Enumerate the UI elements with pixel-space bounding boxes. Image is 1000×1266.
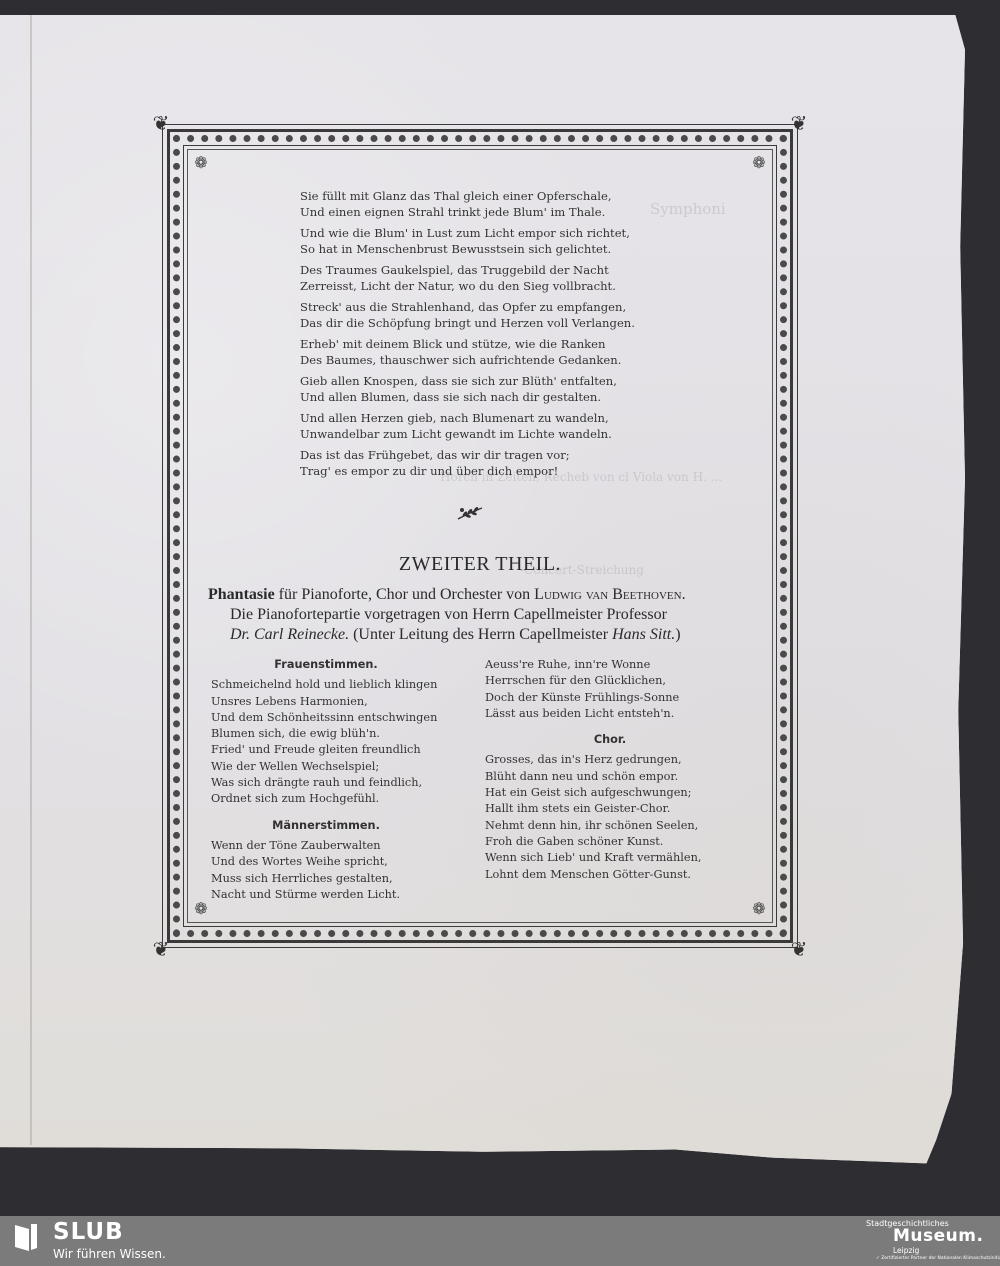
slub-book-icon	[13, 1222, 39, 1252]
punctuation: )	[675, 626, 680, 643]
corner-flourish-icon: ❦	[150, 938, 172, 960]
punctuation: .	[682, 586, 686, 603]
lyric-line: Wenn sich Lieb' und Kraft vermählen,	[485, 850, 735, 866]
poem-line: Des Baumes, thauschwer sich aufrichtende…	[300, 352, 680, 368]
composer-name: Ludwig van Beethoven	[534, 586, 681, 603]
poem-stanza: Und wie die Blum' in Lust zum Licht empo…	[300, 225, 680, 257]
poem-line: Erheb' mit deinem Blick und stütze, wie …	[300, 336, 680, 352]
poem-stanza: Gieb allen Knospen, dass sie sich zur Bl…	[300, 373, 680, 405]
poem-line: Das dir die Schöpfung bringt und Herzen …	[300, 315, 680, 331]
lyric-line: Fried' und Freude gleiten freundlich	[211, 742, 461, 758]
poem-line: Das ist das Frühgebet, das wir dir trage…	[300, 447, 680, 463]
lyric-line: Und des Wortes Weihe spricht,	[211, 854, 461, 870]
lyric-line: Unsres Lebens Harmonien,	[211, 694, 461, 710]
lyric-line: Wenn der Töne Zauberwalten	[211, 838, 461, 854]
museum-certification-text: ✓ Zertifizierter Partner der Nationalen …	[876, 1256, 1000, 1261]
lyric-line: Nacht und Stürme werden Licht.	[211, 887, 461, 903]
lyric-line: Schmeichelnd hold und lieblich klingen	[211, 677, 461, 693]
soloist-conductor-line: Dr. Carl Reinecke. (Unter Leitung des He…	[208, 625, 748, 645]
lyric-line: Lohnt dem Menschen Götter-Gunst.	[485, 867, 735, 883]
poem-line: Unwandelbar zum Licht gewandt im Lichte …	[300, 426, 680, 442]
lyric-line: Aeuss're Ruhe, inn're Wonne	[485, 657, 735, 673]
poem-stanza: Des Traumes Gaukelspiel, das Truggebild …	[300, 262, 680, 294]
voice-heading-chor: Chor.	[485, 732, 735, 748]
museum-logo-text[interactable]: Museum.	[893, 1226, 983, 1246]
inner-corner-ornament-icon: ❁	[190, 898, 212, 920]
poem-line: Und einen eignen Strahl trinkt jede Blum…	[300, 204, 680, 220]
poem-line: Sie füllt mit Glanz das Thal gleich eine…	[300, 188, 680, 204]
footer-bar: SLUB Wir führen Wissen. Stadtgeschichtli…	[0, 1216, 1000, 1266]
work-instrumentation: für Pianoforte, Chor und Orchester von	[275, 586, 535, 603]
lyric-line: Und dem Schönheitssinn entschwingen	[211, 710, 461, 726]
poem-line: Gieb allen Knospen, dass sie sich zur Bl…	[300, 373, 680, 389]
scan-background: Symphoni Horch in Zeiten, Recheb von cl …	[0, 0, 1000, 1216]
museum-logo-city: Leipzig	[893, 1246, 919, 1255]
inner-corner-ornament-icon: ❁	[748, 152, 770, 174]
lyric-line: Was sich drängte rauh und feindlich,	[211, 775, 461, 791]
lyric-line: Herrschen für den Glücklichen,	[485, 673, 735, 689]
poem-line: Streck' aus die Strahlenhand, das Opfer …	[300, 299, 680, 315]
voice-heading-frauen: Frauenstimmen.	[211, 657, 401, 673]
corner-flourish-icon: ❦	[788, 938, 810, 960]
work-line: Phantasie für Pianoforte, Chor und Orche…	[208, 585, 748, 605]
lyric-line: Doch der Künste Frühlings-Sonne	[485, 690, 735, 706]
poem-line: Und wie die Blum' in Lust zum Licht empo…	[300, 225, 680, 241]
lyric-line: Blumen sich, die ewig blüh'n.	[211, 726, 461, 742]
poem-stanza: Erheb' mit deinem Blick und stütze, wie …	[300, 336, 680, 368]
conductor-name: Hans Sitt.	[612, 626, 675, 643]
lyric-line: Grosses, das in's Herz gedrungen,	[485, 752, 735, 768]
lyrics-left-column: Frauenstimmen. Schmeichelnd hold und lie…	[211, 657, 461, 903]
poem-line: Zerreisst, Licht der Natur, wo du den Si…	[300, 278, 680, 294]
slub-logo-text[interactable]: SLUB	[53, 1219, 124, 1245]
inner-corner-ornament-icon: ❁	[748, 898, 770, 920]
lyrics-right-column: Aeuss're Ruhe, inn're Wonne Herrschen fü…	[485, 657, 735, 883]
lyric-line: Muss sich Herrliches gestalten,	[211, 871, 461, 887]
lyric-line: Hallt ihm stets ein Geister-Chor.	[485, 801, 735, 817]
voice-heading-maenner: Männerstimmen.	[211, 818, 401, 834]
soloist-name: Dr. Carl Reinecke.	[230, 626, 349, 643]
poem-text: Sie füllt mit Glanz das Thal gleich eine…	[300, 188, 680, 484]
lyric-line: Blüht dann neu und schön empor.	[485, 769, 735, 785]
inner-corner-ornament-icon: ❁	[190, 152, 212, 174]
lyric-line: Wie der Wellen Wechselspiel;	[211, 759, 461, 775]
poem-stanza: Sie füllt mit Glanz das Thal gleich eine…	[300, 188, 680, 220]
poem-stanza: Streck' aus die Strahlenhand, das Opfer …	[300, 299, 680, 331]
poem-line: Und allen Herzen gieb, nach Blumenart zu…	[300, 410, 680, 426]
page-fold-line	[30, 15, 32, 1145]
poem-line: Trag' es empor zu dir und über dich empo…	[300, 463, 680, 479]
lyric-line: Lässt aus beiden Licht entsteh'n.	[485, 706, 735, 722]
corner-flourish-icon: ❦	[150, 112, 172, 134]
poem-line: So hat in Menschenbrust Bewusstsein sich…	[300, 241, 680, 257]
work-description: Phantasie für Pianoforte, Chor und Orche…	[208, 585, 748, 645]
lyric-line: Ordnet sich zum Hochgefühl.	[211, 791, 461, 807]
poem-line: Des Traumes Gaukelspiel, das Truggebild …	[300, 262, 680, 278]
poem-stanza: Das ist das Frühgebet, das wir dir trage…	[300, 447, 680, 479]
slub-tagline: Wir führen Wissen.	[53, 1247, 166, 1261]
corner-flourish-icon: ❦	[788, 112, 810, 134]
lyric-line: Nehmt denn hin, ihr schönen Seelen,	[485, 818, 735, 834]
lyric-line: Froh die Gaben schöner Kunst.	[485, 834, 735, 850]
section-title: ZWEITER THEIL.	[150, 553, 810, 576]
poem-stanza: Und allen Herzen gieb, nach Blumenart zu…	[300, 410, 680, 442]
leaf-sprig-icon	[455, 505, 485, 525]
poem-line: Und allen Blumen, dass sie sich nach dir…	[300, 389, 680, 405]
lyric-line: Hat ein Geist sich aufgeschwungen;	[485, 785, 735, 801]
conductor-prefix: (Unter Leitung des Herrn Capellmeister	[349, 626, 612, 643]
work-title: Phantasie	[208, 586, 275, 603]
performer-line: Die Pianofortepartie vorgetragen von Her…	[208, 605, 748, 625]
